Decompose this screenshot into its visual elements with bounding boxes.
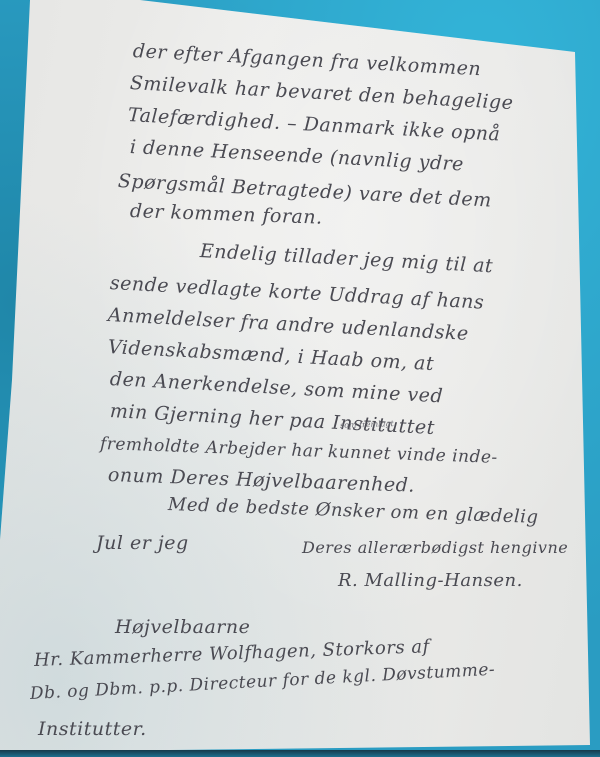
signature: R. Malling-Hansen. xyxy=(338,570,523,591)
valediction: Deres allerærbødigst hengivne xyxy=(302,538,568,557)
address-line: Højvelbaarne xyxy=(115,616,250,638)
address-line: Institutter. xyxy=(38,718,147,740)
interlinear-note: som fremlagt xyxy=(340,419,394,430)
closing-line: Jul er jeg xyxy=(96,532,189,554)
bottom-edge-shadow xyxy=(0,750,600,757)
